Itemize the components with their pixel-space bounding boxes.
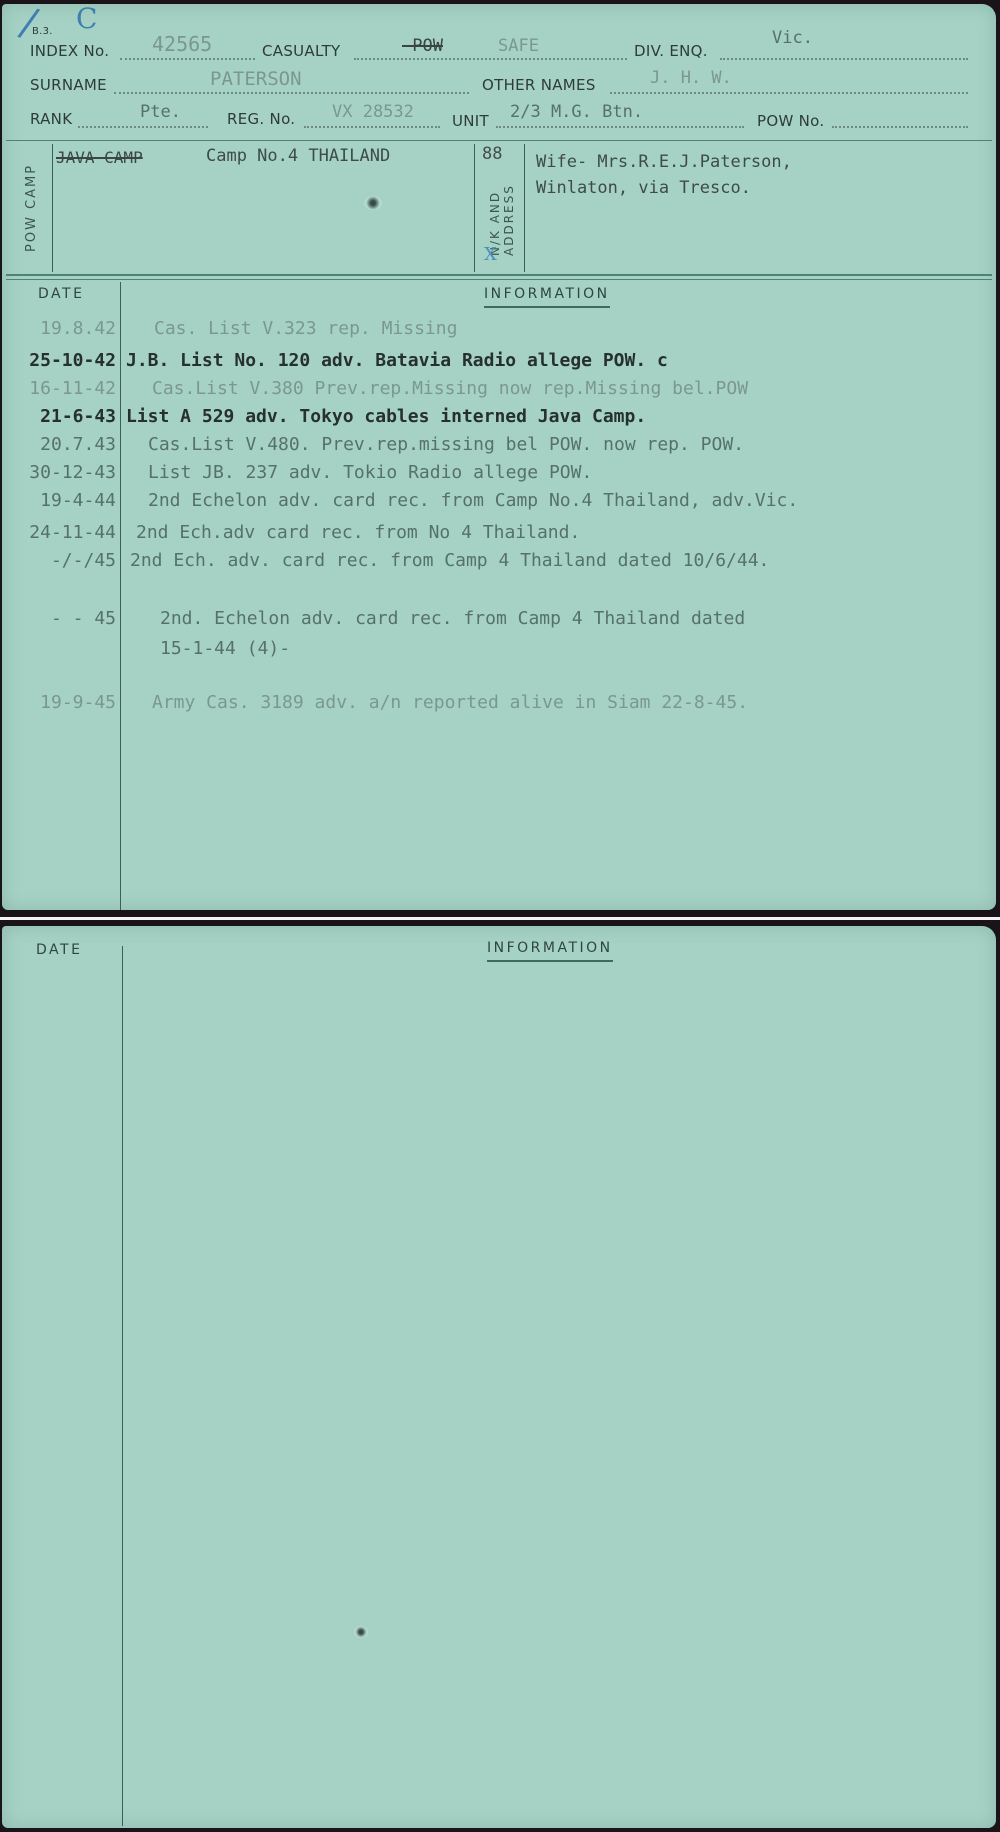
entry-date: 16-11-42 xyxy=(6,378,116,399)
entry-information: 2nd Ech.adv card rec. from No 4 Thailand… xyxy=(136,522,580,543)
casualty-line xyxy=(354,58,627,60)
entry-date: 30-12-43 xyxy=(6,462,116,483)
nok-right-divider xyxy=(524,144,525,272)
index-no-value: 42565 xyxy=(152,32,212,56)
other-names-label: OTHER NAMES xyxy=(482,76,596,94)
other-names-value: J. H. W. xyxy=(650,68,732,88)
reg-no-label: REG. No. xyxy=(227,110,295,128)
punch-hole xyxy=(364,196,382,210)
date-column-header: DATE xyxy=(38,286,84,302)
div-enq-label: DIV. ENQ. xyxy=(634,42,708,60)
entry-date: -/-/45 xyxy=(6,550,116,571)
entry-information: Cas. List V.323 rep. Missing xyxy=(154,318,457,339)
div-enq-line xyxy=(720,58,968,60)
casualty-struck-value: -POW xyxy=(402,36,443,56)
camp-code: 88 xyxy=(482,144,502,164)
pow-no-label: POW No. xyxy=(757,112,824,130)
entry-information: List JB. 237 adv. Tokio Radio allege POW… xyxy=(148,462,592,483)
reg-no-value: VX 28532 xyxy=(332,102,414,122)
unit-value: 2/3 M.G. Btn. xyxy=(510,102,643,122)
nok-address-line2: Winlaton, via Tresco. xyxy=(536,178,751,198)
entry-information-continued: 15-1-44 (4)- xyxy=(160,638,290,659)
form-code: B.3. xyxy=(32,26,53,37)
rank-line xyxy=(78,126,208,128)
back-date-column-divider xyxy=(122,946,123,1826)
index-no-label: INDEX No. xyxy=(30,42,109,60)
div-enq-value: Vic. xyxy=(772,28,813,48)
entry-date: - - 45 xyxy=(6,608,116,629)
entry-information: Cas.List V.480. Prev.rep.missing bel POW… xyxy=(148,434,744,455)
camp-box-top-rule xyxy=(6,140,992,141)
nok-address-line1: Wife- Mrs.R.E.J.Paterson, xyxy=(536,152,792,172)
back-punch-hole xyxy=(354,1626,368,1638)
surname-value: PATERSON xyxy=(210,68,302,90)
entry-information: Cas.List V.380 Prev.rep.Missing now rep.… xyxy=(152,378,748,399)
casualty-label: CASUALTY xyxy=(262,42,341,60)
nok-left-divider xyxy=(474,144,475,272)
record-card-back: DATE INFORMATION xyxy=(2,926,996,1828)
entry-information: J.B. List No. 120 adv. Batavia Radio all… xyxy=(126,350,668,371)
surname-label: SURNAME xyxy=(30,76,107,94)
entry-information: List A 529 adv. Tokyo cables interned Ja… xyxy=(126,406,646,427)
pen-slash-mark: / xyxy=(15,0,42,47)
entry-information: Army Cas. 3189 adv. a/n reported alive i… xyxy=(152,692,748,713)
information-column-header: INFORMATION xyxy=(484,286,610,308)
entry-date: 25-10-42 xyxy=(6,350,116,371)
section-rule-2 xyxy=(6,279,992,280)
pow-camp-label: POW CAMP xyxy=(24,164,39,252)
date-column-divider xyxy=(120,282,121,910)
entry-date: 19.8.42 xyxy=(6,318,116,339)
entry-date: 24-11-44 xyxy=(6,522,116,543)
section-rule-1 xyxy=(6,274,992,276)
nok-label-line2: ADDRESS xyxy=(502,184,516,256)
nok-x-mark: X xyxy=(484,244,497,265)
pow-no-line xyxy=(832,126,968,128)
camp-label-divider xyxy=(52,144,53,272)
casualty-value: SAFE xyxy=(498,36,539,56)
entry-information: 2nd. Echelon adv. card rec. from Camp 4 … xyxy=(160,608,745,629)
record-card-front: / C B.3. INDEX No. 42565 CASUALTY -POW S… xyxy=(2,4,996,910)
back-information-column-header: INFORMATION xyxy=(487,940,613,962)
rank-value: Pte. xyxy=(140,102,181,122)
card-separator xyxy=(0,917,1000,920)
pen-letter-mark: C xyxy=(76,2,97,35)
reg-no-line xyxy=(304,126,440,128)
entry-date: 19-9-45 xyxy=(6,692,116,713)
entry-information: 2nd Ech. adv. card rec. from Camp 4 Thai… xyxy=(130,550,769,571)
back-date-column-header: DATE xyxy=(36,942,82,958)
pow-camp-struck-value: JAVA CAMP xyxy=(56,148,143,167)
entry-date: 19-4-44 xyxy=(6,490,116,511)
rank-label: RANK xyxy=(30,110,72,128)
surname-line xyxy=(114,92,469,94)
entry-date: 20.7.43 xyxy=(6,434,116,455)
other-names-line xyxy=(610,92,968,94)
unit-line xyxy=(496,126,744,128)
unit-label: UNIT xyxy=(452,112,489,130)
pow-camp-value: Camp No.4 THAILAND xyxy=(206,146,390,166)
entry-date: 21-6-43 xyxy=(6,406,116,427)
entry-information: 2nd Echelon adv. card rec. from Camp No.… xyxy=(148,490,798,511)
index-no-line xyxy=(120,58,255,60)
